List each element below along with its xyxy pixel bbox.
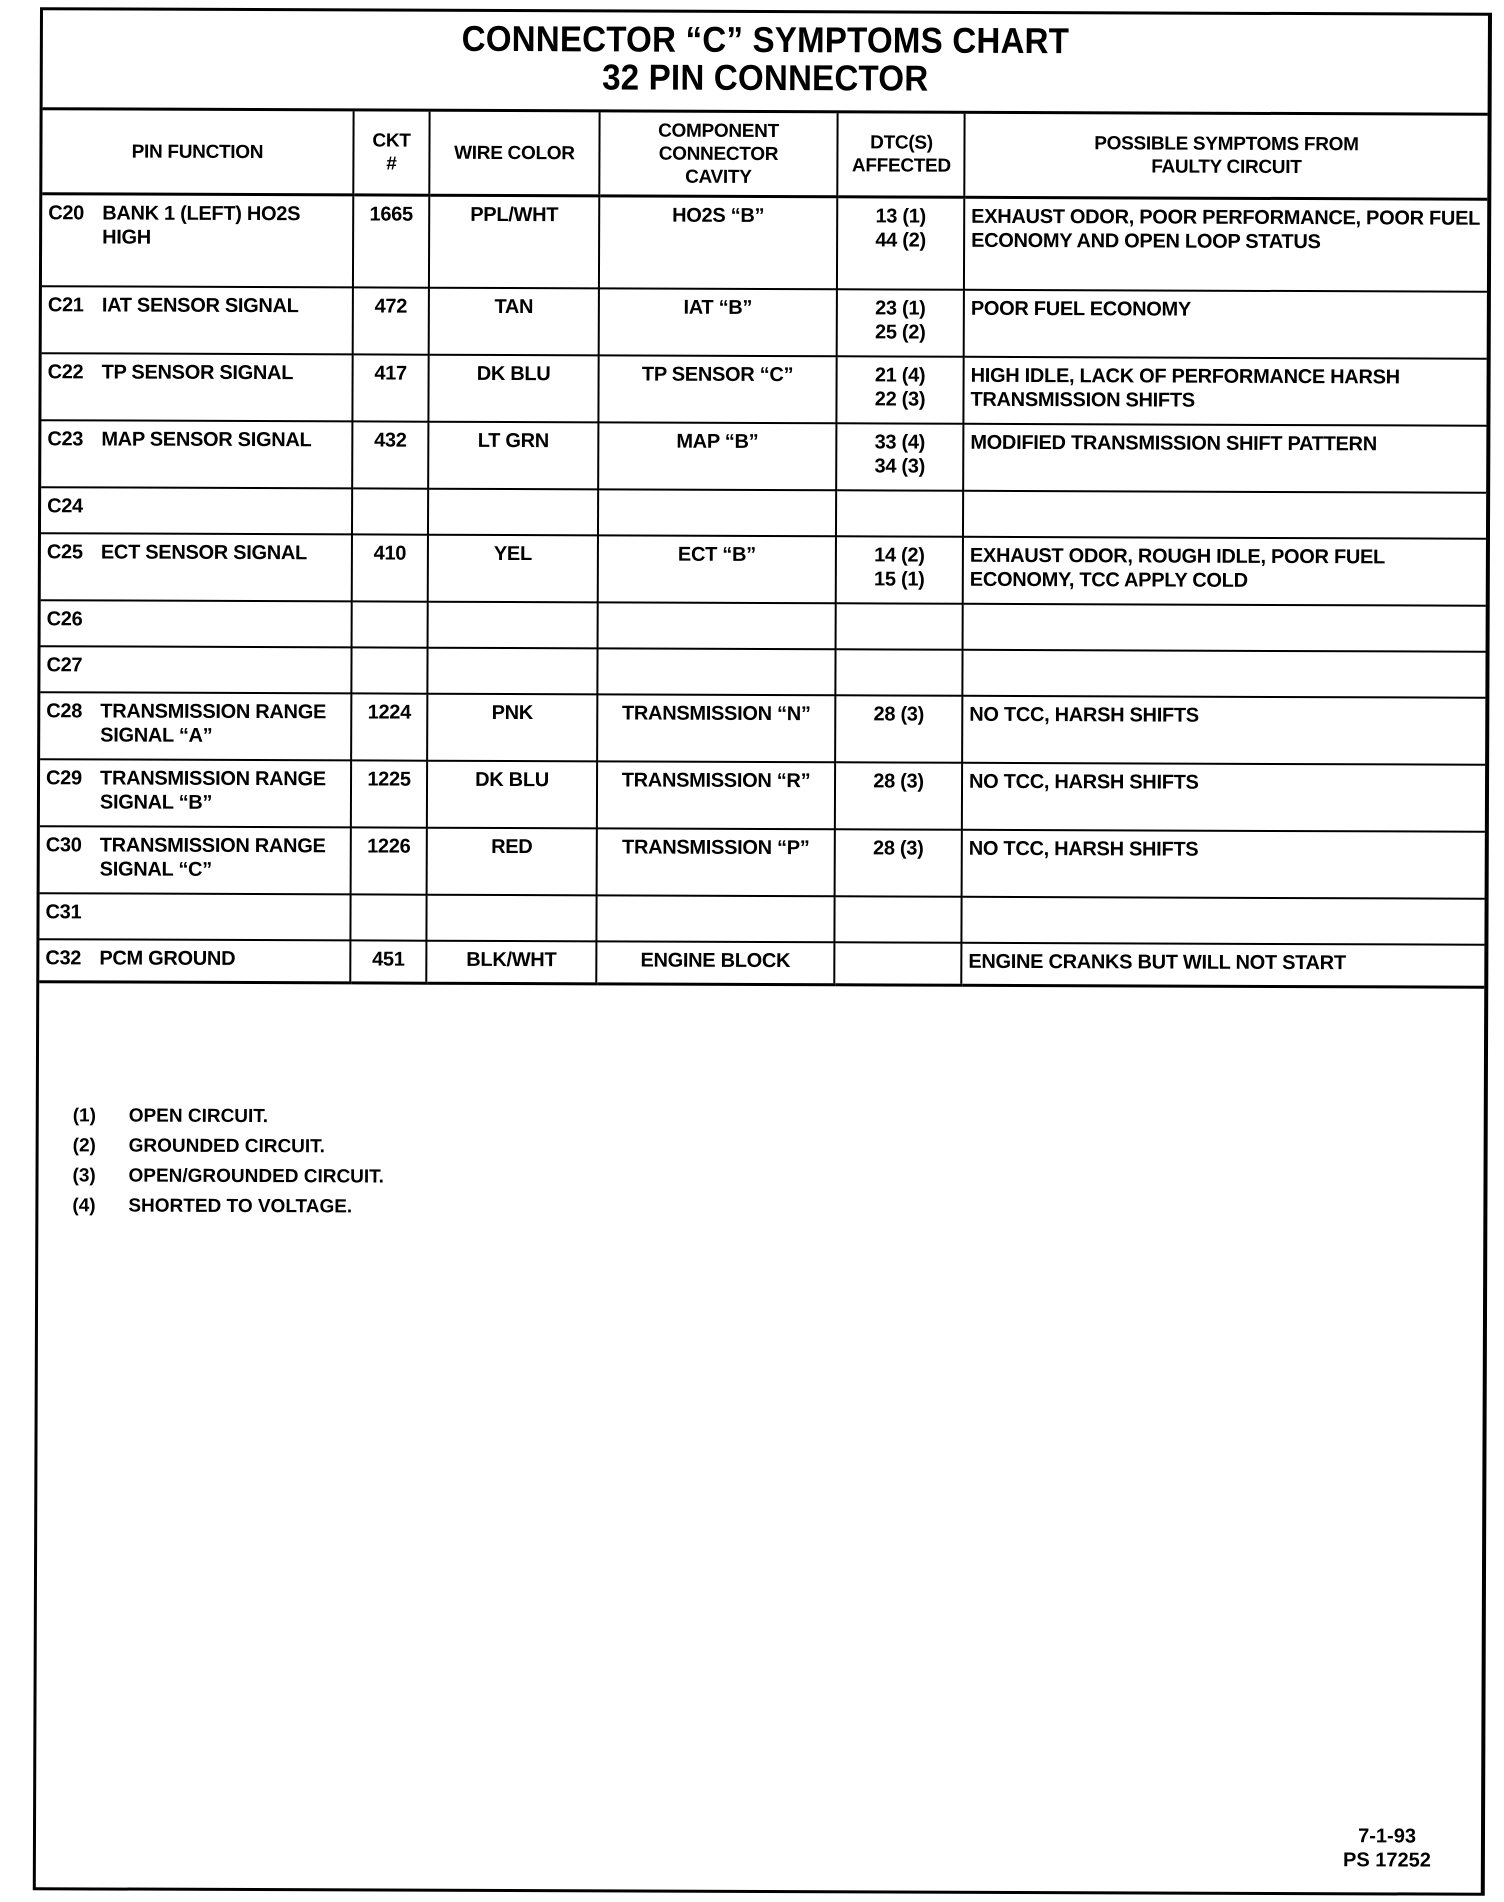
dtc-code: 33 (4) — [843, 430, 956, 454]
dtc-cell — [836, 603, 963, 649]
dtc-cell — [834, 942, 961, 985]
wire-color-cell: TAN — [429, 288, 599, 356]
pin-function-cell: C24 — [41, 487, 352, 534]
table-row: C32PCM GROUND451BLK/WHTENGINE BLOCKENGIN… — [39, 939, 1484, 987]
component-cavity-cell: HO2S “B” — [599, 196, 837, 289]
dtc-cell: 23 (1)25 (2) — [837, 289, 964, 356]
circuit-number-cell: 472 — [353, 287, 429, 354]
pin-function-cell: C32PCM GROUND — [39, 939, 350, 983]
pin-cell: C25ECT SENSOR SIGNAL — [47, 540, 345, 565]
pin-cell: C28TRANSMISSION RANGE SIGNAL “A” — [46, 699, 344, 748]
pin-function-cell: C28TRANSMISSION RANGE SIGNAL “A” — [40, 692, 351, 760]
pin-function-cell: C23MAP SENSOR SIGNAL — [41, 420, 352, 488]
wire-color-cell: DK BLU — [428, 355, 598, 423]
dtc-code: 44 (2) — [844, 228, 957, 252]
component-cavity-cell — [598, 489, 836, 536]
pin-number: C26 — [47, 607, 101, 631]
symptoms-cell — [963, 604, 1486, 652]
pin-function: TRANSMISSION RANGE SIGNAL “A” — [100, 699, 344, 748]
pin-function: ECT SENSOR SIGNAL — [101, 540, 345, 565]
wire-color-cell — [426, 895, 596, 942]
table-row: C25ECT SENSOR SIGNAL410YELECT “B”14 (2)1… — [41, 533, 1486, 606]
header-symptoms: POSSIBLE SYMPTOMS FROM FAULTY CIRCUIT — [964, 114, 1487, 200]
pin-function: IAT SENSOR SIGNAL — [102, 293, 346, 318]
dtc-cell: 13 (1)44 (2) — [837, 197, 964, 290]
header-dtc-label: DTC(s) AFFECTED — [842, 131, 960, 177]
header-ckt: CKT # — [353, 111, 429, 195]
component-cavity-cell: TRANSMISSION “R” — [597, 761, 835, 829]
circuit-number-cell — [351, 647, 427, 693]
dtc-cell — [836, 490, 963, 536]
pin-function-cell: C26 — [41, 600, 352, 647]
pin-number: C30 — [46, 833, 100, 881]
pin-number: C29 — [46, 766, 100, 814]
circuit-number-cell: 1224 — [351, 693, 427, 760]
footnote-text: GROUNDED CIRCUIT. — [129, 1132, 325, 1163]
header-component-label: COMPONENT CONNECTOR CAVITY — [648, 119, 788, 189]
symptoms-cell: MODIFIED TRANSMISSION SHIFT PATTERN — [963, 424, 1486, 493]
component-cavity-cell: ECT “B” — [598, 535, 836, 603]
dtc-code: 28 (3) — [842, 836, 955, 860]
table-row: C23MAP SENSOR SIGNAL432LT GRNMAP “B”33 (… — [41, 420, 1486, 493]
component-cavity-cell — [597, 648, 835, 695]
pin-number: C32 — [45, 946, 99, 970]
dtc-code: 34 (3) — [843, 454, 956, 478]
footnote-number: (1) — [73, 1101, 129, 1131]
pin-function — [99, 900, 343, 925]
component-cavity-cell: MAP “B” — [598, 422, 836, 490]
circuit-number-cell: 1225 — [351, 760, 427, 827]
pin-cell: C20BANK 1 (LEFT) HO2S HIGH — [48, 201, 346, 250]
title-block: CONNECTOR “C” SYMPTOMS CHART 32 PIN CONN… — [43, 10, 1488, 116]
dtc-code: 25 (2) — [844, 320, 957, 344]
symptoms-cell: POOR FUEL ECONOMY — [964, 290, 1487, 359]
pin-function: MAP SENSOR SIGNAL — [101, 427, 345, 452]
pin-cell: C32PCM GROUND — [45, 946, 343, 971]
footnote: (4)SHORTED TO VOLTAGE. — [72, 1191, 1483, 1226]
header-pin-function: PIN FUNCTION — [42, 110, 353, 195]
pin-function — [101, 607, 345, 632]
wire-color-cell: YEL — [428, 535, 598, 603]
header-wire-color: WIRE COLOR — [429, 112, 599, 196]
footnote-number: (4) — [72, 1191, 128, 1221]
pin-function-cell: C25ECT SENSOR SIGNAL — [41, 533, 352, 601]
pin-number: C24 — [47, 494, 101, 518]
pin-function-cell: C31 — [39, 893, 350, 940]
pin-number: C21 — [48, 293, 102, 317]
dtc-code: 22 (3) — [843, 387, 956, 411]
pin-function: PCM GROUND — [99, 946, 343, 971]
component-cavity-cell — [596, 895, 834, 942]
footnote-text: OPEN/GROUNDED CIRCUIT. — [128, 1162, 384, 1193]
pin-function-cell: C20BANK 1 (LEFT) HO2S HIGH — [42, 194, 353, 288]
wire-color-cell — [428, 602, 598, 649]
pin-function-cell: C21IAT SENSOR SIGNAL — [42, 286, 353, 354]
component-cavity-cell: IAT “B” — [599, 288, 837, 356]
footnotes: (1)OPEN CIRCUIT.(2)GROUNDED CIRCUIT.(3)O… — [72, 1101, 1483, 1226]
circuit-number-cell: 451 — [350, 940, 426, 983]
figure-code: PS 17252 — [1343, 1848, 1431, 1872]
symptoms-cell: EXHAUST ODOR, POOR PERFORMANCE, POOR FUE… — [964, 197, 1487, 292]
component-cavity-cell: ENGINE BLOCK — [596, 941, 834, 984]
document-footer: 7-1-93 PS 17252 — [1343, 1824, 1431, 1872]
component-cavity-cell — [598, 602, 836, 649]
dtc-code: 13 (1) — [844, 204, 957, 228]
wire-color-cell: BLK/WHT — [426, 941, 596, 984]
pin-function: TRANSMISSION RANGE SIGNAL “B” — [100, 766, 344, 815]
circuit-number-cell: 410 — [352, 534, 428, 601]
component-cavity-cell: TP SENSOR “C” — [598, 355, 836, 423]
table-row: C24 — [41, 487, 1486, 539]
header-dtc: DTC(s) AFFECTED — [837, 113, 964, 197]
symptoms-cell — [963, 491, 1486, 539]
component-cavity-cell: TRANSMISSION “N” — [597, 694, 835, 762]
symptoms-cell: NO TCC, HARSH SHIFTS — [962, 763, 1485, 832]
wire-color-cell: LT GRN — [428, 422, 598, 490]
pin-cell: C24 — [47, 494, 345, 519]
circuit-number-cell: 1226 — [351, 827, 427, 894]
symptoms-cell — [961, 897, 1484, 945]
pin-cell: C29TRANSMISSION RANGE SIGNAL “B” — [46, 766, 344, 815]
table-row: C20BANK 1 (LEFT) HO2S HIGH1665PPL/WHTHO2… — [42, 194, 1487, 292]
circuit-number-cell — [350, 894, 426, 940]
pin-number: C27 — [46, 653, 100, 677]
table-header-row: PIN FUNCTION CKT # WIRE COLOR COMPONENT … — [42, 110, 1487, 199]
pin-number: C20 — [48, 201, 102, 249]
wire-color-cell: RED — [427, 828, 597, 896]
dtc-cell: 33 (4)34 (3) — [836, 423, 963, 490]
table-row: C30TRANSMISSION RANGE SIGNAL “C”1226REDT… — [40, 826, 1485, 899]
pin-function — [100, 653, 344, 678]
dtc-code: 21 (4) — [844, 363, 957, 387]
symptoms-cell: NO TCC, HARSH SHIFTS — [962, 696, 1485, 765]
footnote-number: (2) — [73, 1131, 129, 1161]
dtc-cell: 28 (3) — [835, 762, 962, 829]
table-row: C29TRANSMISSION RANGE SIGNAL “B”1225DK B… — [40, 759, 1485, 832]
table-row: C27 — [40, 646, 1485, 698]
pin-number: C28 — [46, 699, 100, 747]
wire-color-cell: DK BLU — [427, 761, 597, 829]
pin-function-cell: C29TRANSMISSION RANGE SIGNAL “B” — [40, 759, 351, 827]
table-row: C28TRANSMISSION RANGE SIGNAL “A”1224PNKT… — [40, 692, 1485, 765]
table-body: C20BANK 1 (LEFT) HO2S HIGH1665PPL/WHTHO2… — [39, 194, 1487, 988]
dtc-cell: 14 (2)15 (1) — [836, 536, 963, 603]
dtc-cell: 28 (3) — [835, 695, 962, 762]
pin-function-cell: C22TP SENSOR SIGNAL — [41, 353, 352, 421]
pin-cell: C27 — [46, 653, 344, 678]
header-symptoms-label: POSSIBLE SYMPTOMS FROM FAULTY CIRCUIT — [1066, 132, 1386, 179]
pin-cell: C31 — [45, 900, 343, 925]
symptoms-cell: NO TCC, HARSH SHIFTS — [962, 830, 1485, 899]
dtc-cell — [835, 649, 962, 695]
footnote-text: OPEN CIRCUIT. — [129, 1102, 268, 1133]
revision-date: 7-1-93 — [1343, 1824, 1431, 1848]
table-row: C26 — [41, 600, 1486, 652]
dtc-cell: 28 (3) — [835, 829, 962, 896]
circuit-number-cell: 417 — [352, 354, 428, 421]
pin-number: C25 — [47, 540, 101, 564]
symptoms-cell: EXHAUST ODOR, ROUGH IDLE, POOR FUEL ECON… — [963, 537, 1486, 606]
symptoms-table: PIN FUNCTION CKT # WIRE COLOR COMPONENT … — [39, 110, 1487, 989]
dtc-code: 28 (3) — [842, 769, 955, 793]
circuit-number-cell — [352, 601, 428, 647]
footnote-text: SHORTED TO VOLTAGE. — [128, 1192, 352, 1223]
circuit-number-cell — [352, 488, 428, 534]
chart-title: CONNECTOR “C” SYMPTOMS CHART — [101, 18, 1431, 61]
pin-function: TP SENSOR SIGNAL — [102, 360, 346, 385]
wire-color-cell — [427, 648, 597, 695]
document-page: CONNECTOR “C” SYMPTOMS CHART 32 PIN CONN… — [33, 7, 1492, 1896]
pin-number: C23 — [47, 427, 101, 451]
pin-cell: C30TRANSMISSION RANGE SIGNAL “C” — [46, 833, 344, 882]
dtc-cell: 21 (4)22 (3) — [836, 356, 963, 423]
pin-function-cell: C30TRANSMISSION RANGE SIGNAL “C” — [40, 826, 351, 894]
dtc-code: 14 (2) — [843, 543, 956, 567]
symptoms-cell: ENGINE CRANKS BUT WILL NOT START — [961, 943, 1484, 988]
circuit-number-cell: 1665 — [353, 195, 429, 288]
pin-function-cell: C27 — [40, 646, 351, 693]
dtc-code: 28 (3) — [842, 702, 955, 726]
chart-subtitle: 32 PIN CONNECTOR — [100, 56, 1430, 99]
pin-number: C22 — [48, 360, 102, 384]
table-row: C21IAT SENSOR SIGNAL472TANIAT “B”23 (1)2… — [42, 286, 1487, 359]
table-row: C31 — [39, 893, 1484, 945]
dtc-cell — [834, 896, 961, 942]
pin-cell: C21IAT SENSOR SIGNAL — [48, 293, 346, 318]
wire-color-cell: PNK — [427, 694, 597, 762]
symptoms-cell — [962, 650, 1485, 698]
component-cavity-cell: TRANSMISSION “P” — [597, 828, 835, 896]
pin-cell: C26 — [47, 607, 345, 632]
pin-cell: C23MAP SENSOR SIGNAL — [47, 427, 345, 452]
header-component: COMPONENT CONNECTOR CAVITY — [599, 112, 837, 196]
dtc-code: 23 (1) — [844, 296, 957, 320]
pin-function: BANK 1 (LEFT) HO2S HIGH — [102, 201, 346, 250]
wire-color-cell: PPL/WHT — [429, 195, 599, 288]
pin-function: TRANSMISSION RANGE SIGNAL “C” — [100, 833, 344, 882]
dtc-code: 15 (1) — [843, 567, 956, 591]
header-ckt-label: CKT # — [371, 129, 411, 175]
circuit-number-cell: 432 — [352, 421, 428, 488]
pin-function — [101, 494, 345, 519]
symptoms-cell: HIGH IDLE, LACK OF PERFORMANCE HARSH TRA… — [963, 357, 1486, 426]
table-row: C22TP SENSOR SIGNAL417DK BLUTP SENSOR “C… — [41, 353, 1486, 426]
wire-color-cell — [428, 489, 598, 536]
pin-number: C31 — [45, 900, 99, 924]
footnote-number: (3) — [72, 1161, 128, 1191]
pin-cell: C22TP SENSOR SIGNAL — [48, 360, 346, 385]
